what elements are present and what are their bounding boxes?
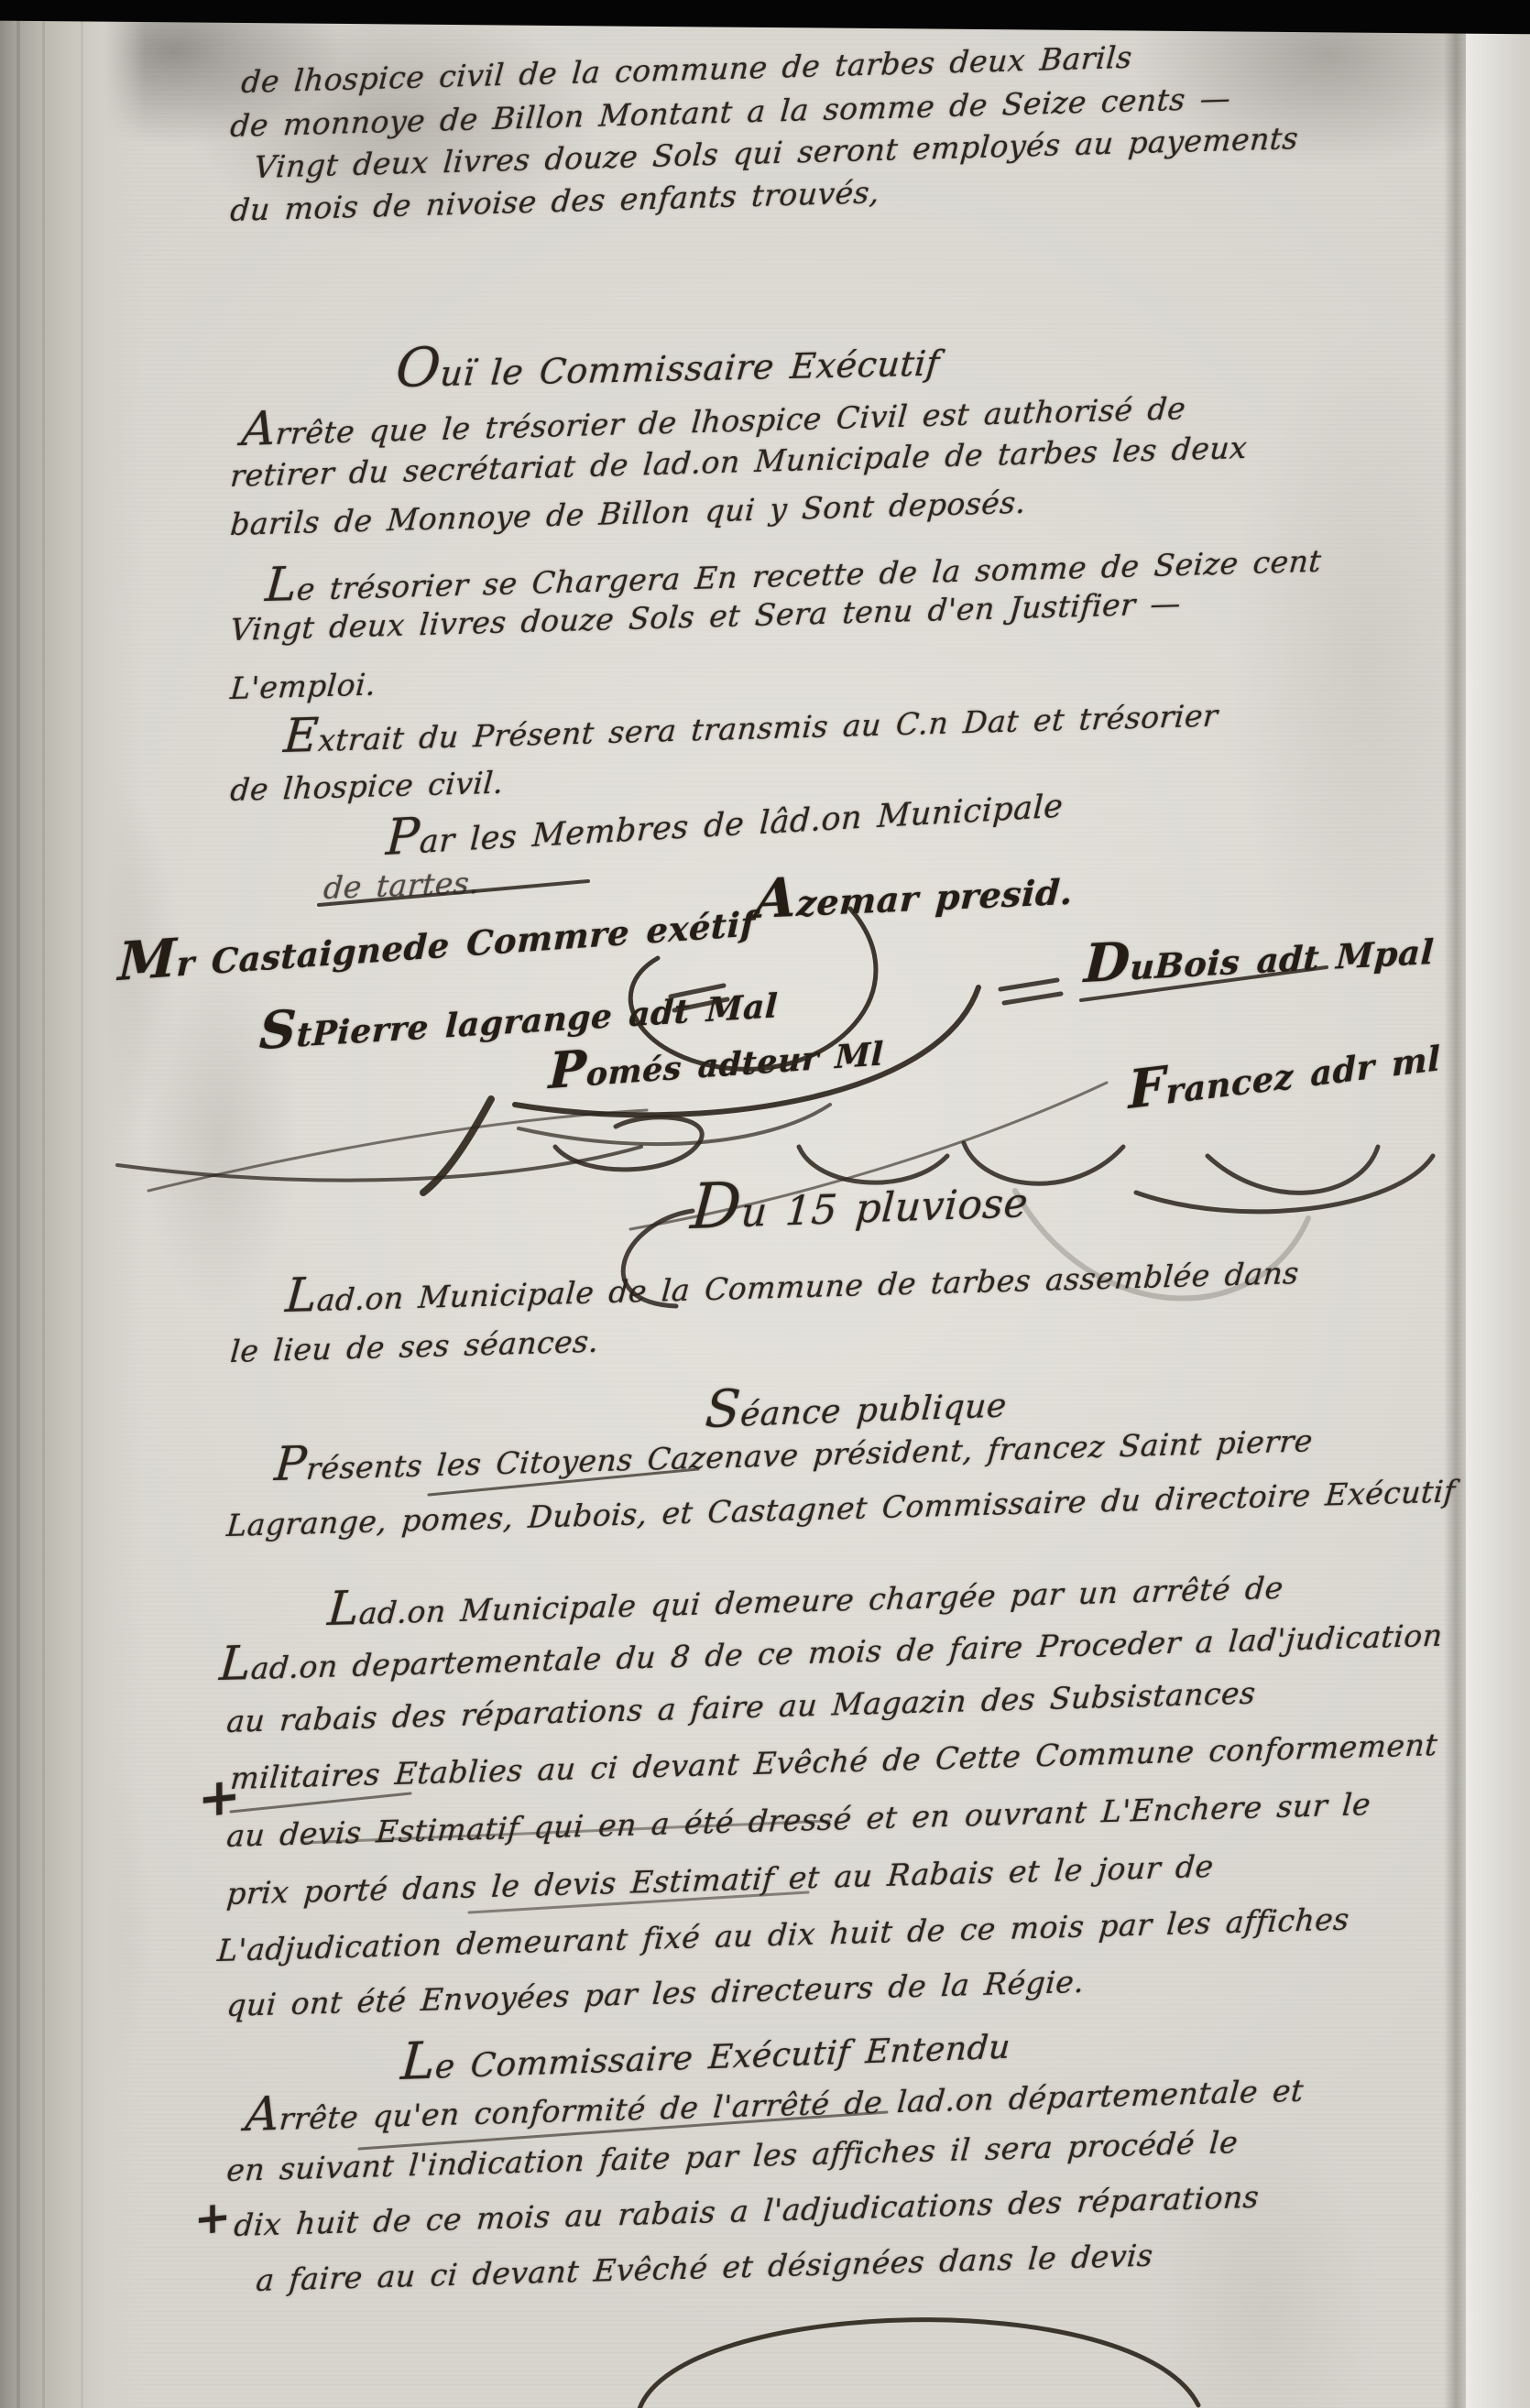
manuscript-line: Lagrange, pomes, Dubois, et Castagnet Co…: [225, 1473, 1457, 1543]
manuscript-line: Lad.on Municipale de la Commune de tarbe…: [284, 1250, 1301, 1319]
page-fold-right: [1444, 0, 1466, 2408]
signature-underline-castaignede: [148, 1110, 647, 1191]
manuscript-line: au devis Estimatif qui en a été dressé e…: [225, 1786, 1372, 1854]
signature-castaignede: Mr Castaignede Commre exétif: [117, 897, 756, 988]
section-heading-commissaire: Le Commissaire Exécutif Entendu: [399, 2021, 1012, 2087]
adjacent-page-edge-right: [1466, 0, 1530, 2408]
signature-loop-pomes: [555, 1117, 702, 1170]
manuscript-line: de lhospice civil.: [229, 765, 505, 808]
signature-downstroke-castaignede: [423, 1099, 491, 1193]
signature-azemar: Azemar presid.: [753, 864, 1075, 926]
manuscript-line: a faire au ci devant Evêché et désignées…: [255, 2238, 1154, 2298]
manuscript-line: barils de Monnoye de Billon qui y Sont d…: [229, 485, 1027, 542]
signature-francez: Francez adr ml: [1128, 1031, 1441, 1117]
manuscript-line: le lieu de ses séances.: [229, 1324, 600, 1369]
page-edge-streak: [16, 0, 20, 2408]
manuscript-page: de lhospice civil de la commune de tarbe…: [0, 0, 1530, 2408]
section-heading-date: Du 15 pluviose: [689, 1171, 1031, 1238]
manuscript-line: prix porté dans le devis Estimatif et au…: [225, 1848, 1215, 1912]
manuscript-line: dix huit de ce mois au rabais a l'adjudi…: [233, 2179, 1261, 2243]
section-heading-seance: Séance publique: [704, 1379, 1009, 1435]
signature-underline-lagrange: [117, 1147, 641, 1181]
manuscript-line: L'emploi.: [229, 666, 377, 706]
strike-through: [231, 1793, 410, 1812]
margin-cross-mark: +: [198, 1765, 241, 1830]
bottom-flourish: [639, 2320, 1198, 2408]
struck-word: de tartes.: [322, 865, 481, 906]
section-heading-oui: Ouï le Commissaire Exécutif: [394, 334, 942, 395]
signature-dubois: DuBois adt Mpal: [1083, 925, 1436, 990]
signature-underline-pomes: [519, 1105, 830, 1144]
manuscript-line: Extrait du Présent sera transmis au C.n …: [282, 692, 1219, 759]
manuscript-line: militaires Etablies au ci devant Evêché …: [229, 1727, 1439, 1796]
page-stack-edge-left: [0, 0, 145, 2408]
manuscript-line: qui ont été Envoyées par les directeurs …: [225, 1964, 1086, 2023]
page-edge-streak: [81, 0, 83, 2408]
manuscript-line: au rabais des réparations a faire au Mag…: [225, 1675, 1257, 1739]
signature-pomes: Pomés adteur Ml: [548, 1028, 884, 1096]
page-edge-streak: [42, 0, 45, 2408]
signature-ticks-dubois: [1000, 980, 1061, 1003]
margin-cross-mark: +: [194, 2190, 231, 2246]
signature-loops-francez: [1136, 1147, 1433, 1212]
manuscript-line: L'adjudication demeurant fixé au dix hui…: [216, 1901, 1350, 1968]
